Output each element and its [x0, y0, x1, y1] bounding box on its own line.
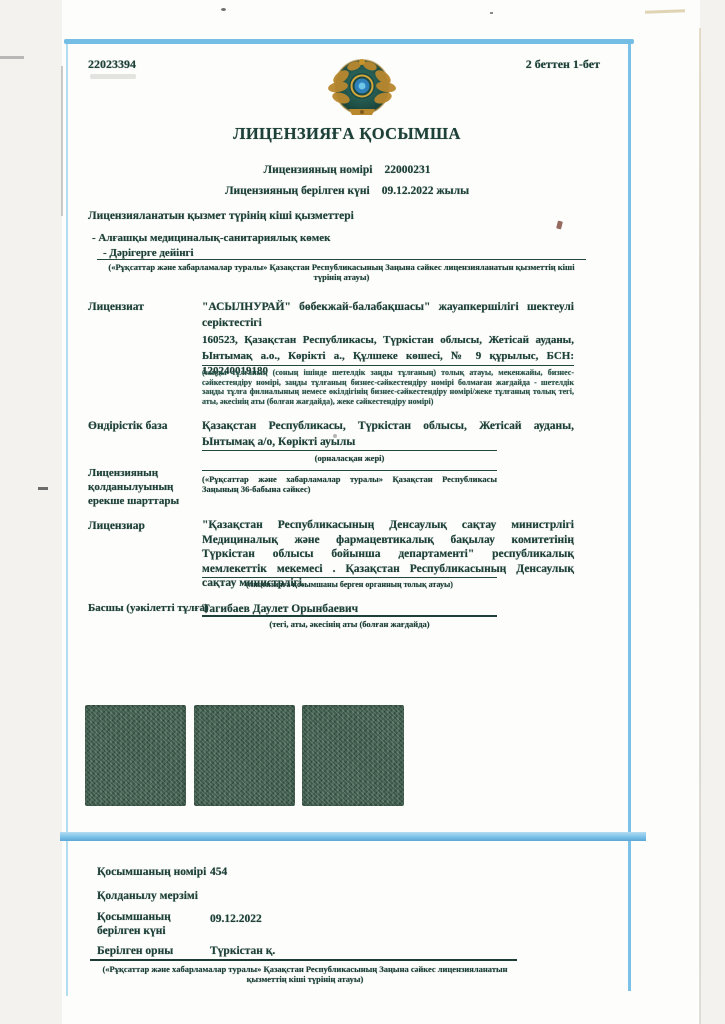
- appendix-underline: [90, 959, 517, 961]
- license-date-value: 09.12.2022 жылы: [382, 185, 469, 197]
- qr-stamp-1: [85, 705, 186, 806]
- special-conditions-value: («Рұқсаттар және хабарламалар туралы» Қа…: [202, 470, 497, 494]
- appendix-issued-label: Қосымшаның берілген күні: [97, 911, 215, 938]
- page-separator-band: [60, 832, 646, 841]
- production-base-underline: [202, 450, 497, 451]
- licensor-label: Лицензиар: [88, 518, 145, 534]
- head-official-label: Басшы (уәкілетті тұлға): [88, 602, 209, 614]
- licensee-note: (заңды тұлғаның (соның ішінде шетелдік з…: [202, 365, 574, 406]
- licensee-label: Лицензиат: [88, 299, 144, 315]
- paper-right-edge: [699, 28, 701, 1024]
- document-number: 22023394: [88, 57, 136, 71]
- subtype-item: - Дәрігерге дейінгі: [103, 246, 194, 260]
- production-base-value: Қазақстан Республикасы, Түркістан облысы…: [202, 418, 574, 450]
- head-official-note: (тегі, аты, әкесінің аты (болған жағдайд…: [202, 619, 497, 629]
- subtypes-note: («Рұқсаттар және хабарламалар туралы» Қа…: [97, 262, 586, 282]
- paper-left-edge: [61, 66, 63, 216]
- subtypes-heading: Лицензияланатын қызмет түрінің кіші қызм…: [88, 208, 354, 224]
- qr-stamp-3: [302, 705, 404, 806]
- appendix-number-value: 454: [210, 864, 227, 880]
- license-number-value: 22000231: [384, 164, 430, 176]
- qr-stamp-2: [194, 705, 295, 806]
- scan-artifact: [38, 487, 48, 490]
- license-date-label: Лицензияның берілген күні: [225, 185, 370, 197]
- subtypes-underline: [97, 259, 586, 260]
- appendix-number-label: Қосымшаның номірі: [97, 864, 206, 880]
- appendix-place-value: Түркістан қ.: [210, 943, 275, 959]
- subtype-item: - Алғашқы медициналық-санитариялық көмек: [92, 231, 331, 245]
- production-base-label: Өндірістік база: [88, 418, 168, 434]
- licensor-underline: [202, 577, 497, 578]
- page-frame-right-border: [628, 44, 631, 832]
- page-frame-top-border: [64, 39, 634, 44]
- page-indicator: 2 беттен 1-бет: [480, 57, 600, 71]
- scanned-license-document: 22023394 2 беттен 1-бет: [0, 0, 725, 1024]
- licensee-name: "АСЫЛНУРАЙ" бөбекжай-балабақшасы" жауапк…: [202, 299, 574, 331]
- document-title: ЛИЦЕНЗИЯҒА ҚОСЫМША: [97, 124, 597, 144]
- kazakhstan-emblem-icon: [327, 56, 397, 122]
- production-base-note: (орналасқан жері): [202, 453, 497, 463]
- appendix-issued-date: 09.12.2022: [210, 911, 262, 927]
- licensor-note: (лицензияға қосымшаны берген органның то…: [202, 580, 497, 590]
- appendix-validity-label: Қолданылу мерзімі: [97, 888, 198, 904]
- license-number-label: Лицензияның номірі: [264, 164, 373, 176]
- appendix-note: («Рұқсаттар және хабарламалар туралы» Қа…: [95, 964, 515, 984]
- page2-frame-right-border: [628, 841, 631, 991]
- appendix-place-label: Берілген орны: [97, 943, 173, 959]
- page-frame-left-border: [66, 44, 68, 832]
- head-official-underline: [202, 615, 497, 617]
- scan-artifact: [0, 56, 24, 59]
- page2-frame-left-border: [66, 841, 68, 996]
- special-conditions-label: Лицензияның қолданылуының ерекше шарттар…: [88, 466, 206, 508]
